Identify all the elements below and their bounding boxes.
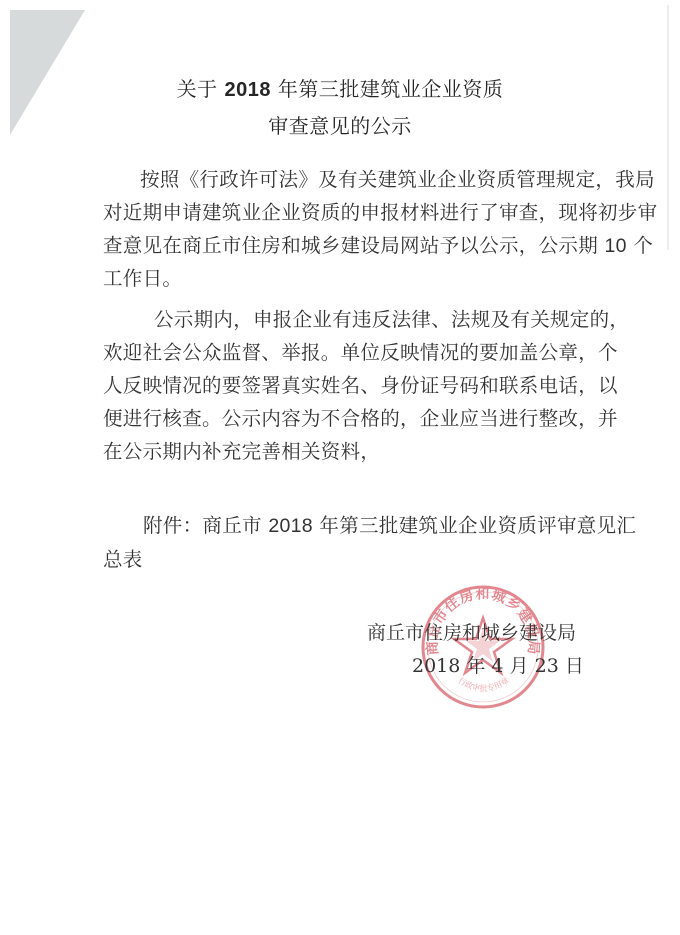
paragraph2-line4: 便进行核查。公示内容为不合格的，企业应当进行整改，并 bbox=[103, 407, 573, 431]
title-suffix: 年第三批建筑业企业资质 bbox=[278, 77, 504, 101]
paragraph2-line1: 公示期内，申报企业有违反法律、法规及有关规定的， bbox=[154, 308, 624, 332]
publicity-period-number: 10 bbox=[605, 235, 627, 257]
paragraph1-line1: 按照《行政许可法》及有关建筑业企业资质管理规定，我局 bbox=[140, 168, 610, 192]
paragraph2-line3: 人反映情况的要签署真实姓名、身份证号码和联系电话，以 bbox=[103, 374, 573, 398]
paragraph1-line3: 查意见在商丘市住房和城乡建设局网站予以公示，公示期 10 个 bbox=[103, 234, 573, 258]
title-year: 2018 bbox=[225, 79, 272, 101]
document-title-line2: 审查意见的公示 bbox=[0, 110, 680, 139]
paragraph1-line2: 对近期申请建筑业企业资质的申报材料进行了审查，现将初步审 bbox=[103, 201, 573, 225]
attachment-year: 2018 bbox=[268, 515, 313, 537]
attachment-suffix: 年第三批建筑业企业资质评审意见汇 bbox=[319, 514, 636, 537]
paragraph2-line2: 欢迎社会公众监督、举报。单位反映情况的要加盖公章，个 bbox=[103, 341, 573, 365]
paragraph1-line4: 工作日。 bbox=[103, 267, 573, 291]
official-seal: 商丘市住房和城乡建设局 行政审批专用章 bbox=[420, 584, 546, 710]
attachment-line1: 附件：商丘市 2018 年第三批建筑业企业资质评审意见汇 bbox=[143, 514, 613, 538]
document-page: 关于 2018 年第三批建筑业企业资质 审查意见的公示 按照《行政许可法》及有关… bbox=[0, 0, 680, 935]
paragraph1-line3-text: 查意见在商丘市住房和城乡建设局网站予以公示，公示期 bbox=[103, 234, 598, 257]
issue-date: 2018 年 4 月 23 日 bbox=[412, 654, 584, 678]
paragraph2-line5: 在公示期内补充完善相关资料， bbox=[103, 440, 573, 464]
attachment-prefix: 附件：商丘市 bbox=[143, 514, 262, 537]
issuer-name: 商丘市住房和城乡建设局 bbox=[367, 621, 576, 645]
title-prefix: 关于 bbox=[177, 77, 218, 101]
publicity-period-unit: 个 bbox=[633, 234, 653, 257]
attachment-line2: 总表 bbox=[103, 548, 573, 572]
document-title-line1: 关于 2018 年第三批建筑业企业资质 bbox=[0, 73, 680, 102]
